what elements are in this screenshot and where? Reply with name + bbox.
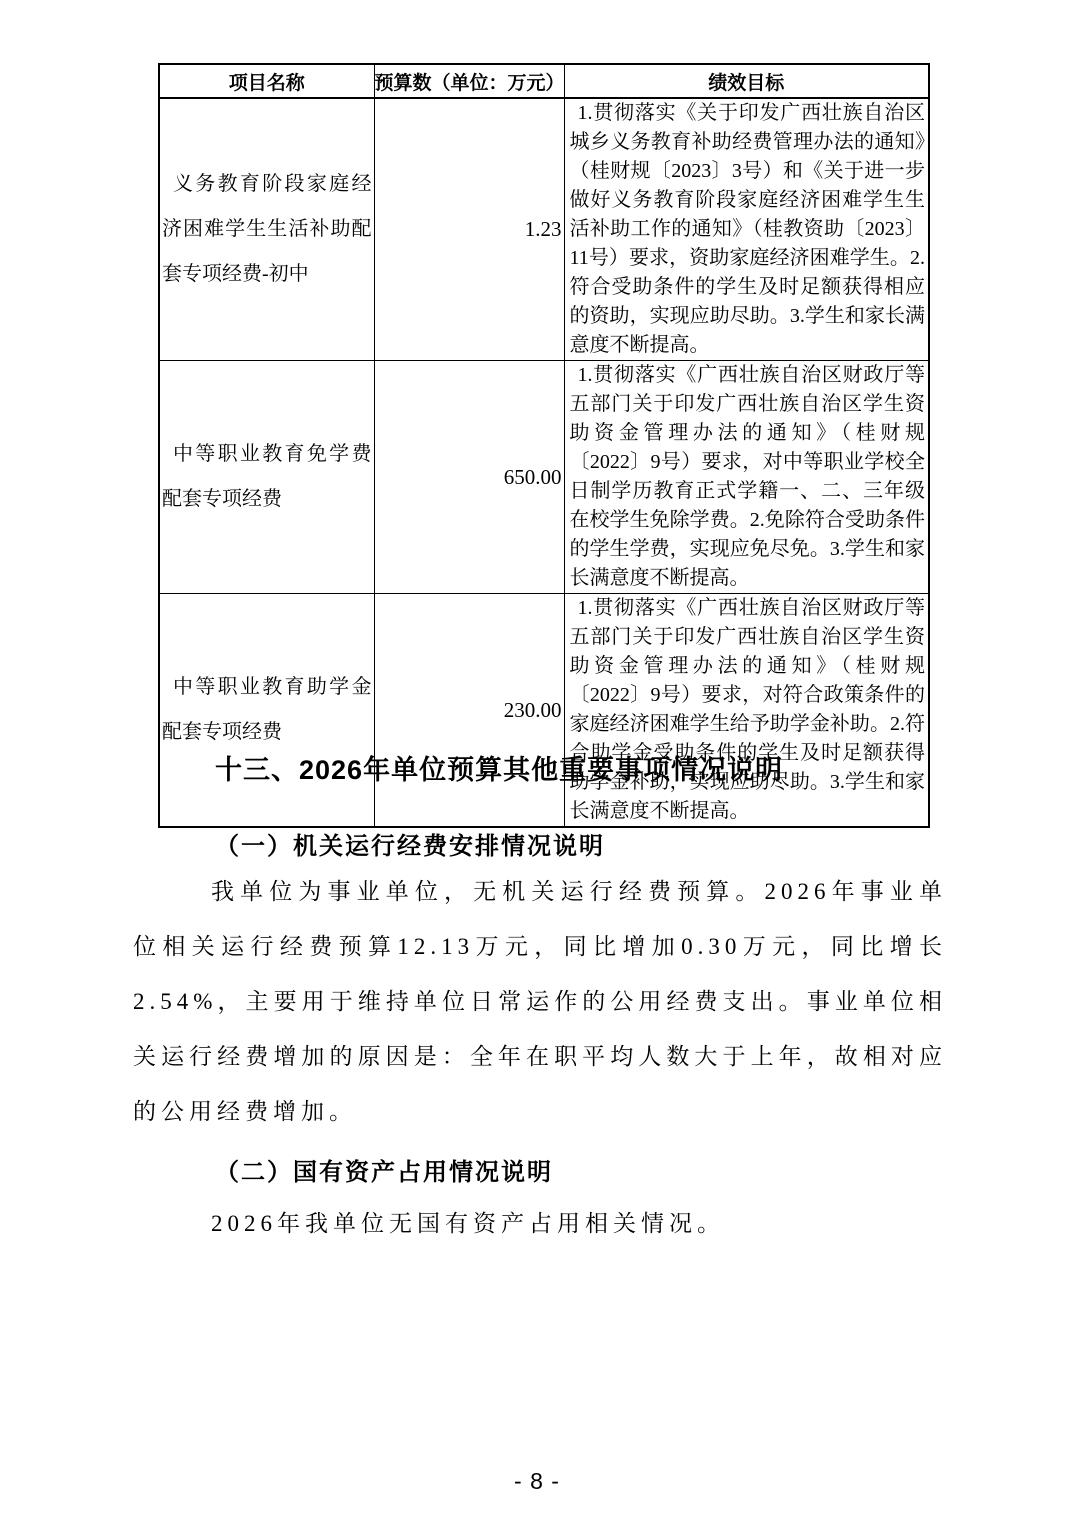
project-name-cell: 义务教育阶段家庭经济困难学生生活补助配套专项经费-初中 [159,98,374,361]
budget-amount-cell: 230.00 [374,594,564,828]
section-heading: 十三、2026年单位预算其他重要事项情况说明 [215,748,783,787]
performance-target-cell: 1.贯彻落实《广西壮族自治区财政厅等五部门关于印发广西壮族自治区学生资助资金管理… [564,361,929,594]
subsection-1-title: （一）机关运行经费安排情况说明 [215,826,605,861]
subsection-2-title: （二）国有资产占用情况说明 [215,1152,553,1187]
project-name-cell: 中等职业教育助学金配套专项经费 [159,594,374,828]
table-row: 义务教育阶段家庭经济困难学生生活补助配套专项经费-初中 1.23 1.贯彻落实《… [159,98,929,361]
budget-amount-cell: 650.00 [374,361,564,594]
subsection-2-body: 2026年我单位无国有资产占用相关情况。 [133,1196,947,1251]
table-header-row: 项目名称 预算数（单位：万元） 绩效目标 [159,64,929,98]
column-header-budget-amount: 预算数（单位：万元） [374,64,564,98]
table-row: 中等职业教育助学金配套专项经费 230.00 1.贯彻落实《广西壮族自治区财政厅… [159,594,929,828]
column-header-project-name: 项目名称 [159,64,374,98]
performance-target-table: 项目名称 预算数（单位：万元） 绩效目标 义务教育阶段家庭经济困难学生生活补助配… [158,63,930,828]
project-name-cell: 中等职业教育免学费配套专项经费 [159,361,374,594]
subsection-1-body: 我单位为事业单位，无机关运行经费预算。2026年事业单位相关运行经费预算12.1… [133,864,947,1139]
column-header-performance-target: 绩效目标 [564,64,929,98]
table-row: 中等职业教育免学费配套专项经费 650.00 1.贯彻落实《广西壮族自治区财政厅… [159,361,929,594]
page-number: - 8 - [0,1468,1074,1495]
budget-amount-cell: 1.23 [374,98,564,361]
performance-target-cell: 1.贯彻落实《关于印发广西壮族自治区城乡义务教育补助经费管理办法的通知》（桂财规… [564,98,929,361]
performance-target-cell: 1.贯彻落实《广西壮族自治区财政厅等五部门关于印发广西壮族自治区学生资助资金管理… [564,594,929,828]
